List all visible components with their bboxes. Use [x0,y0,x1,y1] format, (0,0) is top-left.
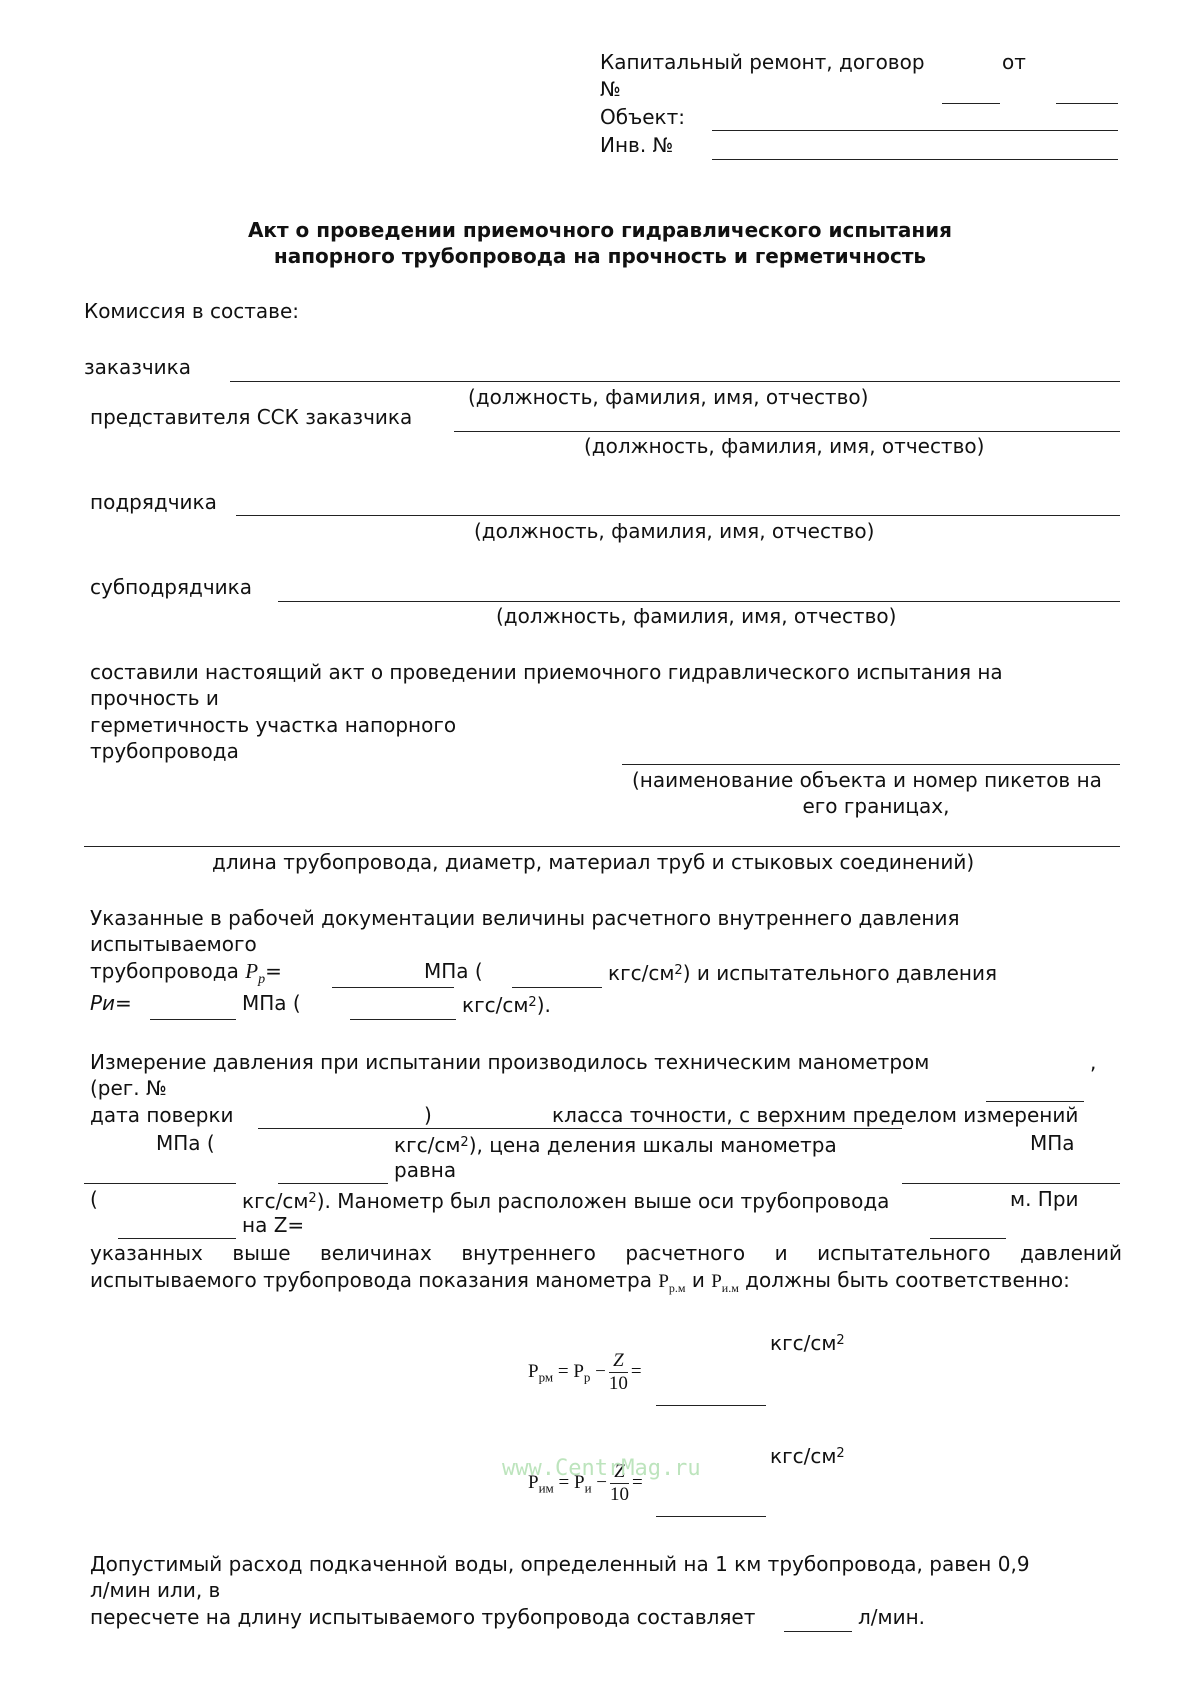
pipeline-details-hint: длина трубопровода, диаметр, материал тр… [212,849,974,875]
pipeline-label: трубопровода [90,959,239,983]
kgs-close-label: кгс/см2). [462,990,551,1018]
formula2-result-field[interactable] [656,1516,766,1517]
pressure-text-line3: трубопровода Pp= [90,958,282,993]
pressure-text-line2: испытываемого [90,931,257,957]
z-label: на Z= [242,1212,304,1238]
object-pickets-hint1: (наименование объекта и номер пикетов на [632,767,1102,793]
subcontractor-label: субподрядчика [90,574,252,600]
inv-number-label: Инв. № [600,132,673,158]
object-label: Объект: [600,104,685,130]
act-text-line1: составили настоящий акт о проведении при… [90,659,1003,685]
upper-limit-kgs-field[interactable] [278,1183,388,1184]
z-height-field[interactable] [930,1238,1006,1239]
document-title-line1: Акт о проведении приемочного гидравличес… [0,217,1200,243]
contract-number-field[interactable] [942,103,1000,104]
commission-intro: Комиссия в составе: [84,298,299,324]
accuracy-class-text: класса точности, с верхним пределом изме… [552,1102,1078,1128]
contract-number-label: № [600,76,621,102]
reg-number-label: (рег. № [90,1075,167,1101]
flow-text-line1: Допустимый расход подкаченной воды, опре… [90,1551,1030,1577]
division-value-field[interactable] [902,1183,1120,1184]
gauge-text-justified: указанных выше величинах внутреннего рас… [90,1240,1122,1266]
test-pressure-mpa-field[interactable] [150,1019,236,1020]
upper-limit-mpa-field[interactable] [84,1183,236,1184]
gauge-comma: , [1090,1049,1096,1075]
pim-symbol: Pи.м [711,1271,739,1292]
ssk-representative-hint: (должность, фамилия, имя, отчество) [584,433,984,459]
pipeline-details-field[interactable] [84,846,1120,847]
inv-number-field[interactable] [712,159,1118,160]
formula-gauge-design-pressure: Pрм = Pр −Z10= [528,1350,642,1395]
mpa-open-label-2: МПа ( [242,990,301,1016]
contractor-label: подрядчика [90,489,217,515]
test-pressure-kgs-field[interactable] [350,1019,456,1020]
pressure-text-line1: Указанные в рабочей документации величин… [90,905,960,931]
contractor-hint: (должность, фамилия, имя, отчество) [474,518,874,544]
ssk-representative-label: представителя ССК заказчика [90,404,412,430]
object-pickets-hint2: его границах, [632,793,1120,819]
document-title-line2: напорного трубопровода на прочность и ге… [0,243,1200,269]
flow-unit: л/мин. [858,1604,925,1630]
object-field[interactable] [712,130,1118,131]
act-text-line4: трубопровода [90,738,239,764]
flow-text-line2: л/мин или, в [90,1577,220,1603]
contract-date-field[interactable] [1056,103,1118,104]
mpa-open-label: МПа ( [424,958,483,984]
gauge-location-text: кгс/см2). Манометр был расположен выше о… [242,1186,889,1214]
upper-limit-mpa-label: МПа ( [156,1130,215,1156]
calibration-date-field[interactable] [258,1128,902,1129]
contractor-field[interactable] [236,515,1120,516]
flow-text-line3: пересчете на длину испытываемого трубопр… [90,1604,755,1630]
division-kgs-field[interactable] [118,1238,236,1239]
flow-value-field[interactable] [784,1631,852,1632]
formula1-result-field[interactable] [656,1405,766,1406]
gauge-text-line1: Измерение давления при испытании произво… [90,1049,929,1075]
subcontractor-hint: (должность, фамилия, имя, отчество) [496,603,896,629]
design-pressure-mpa-field[interactable] [332,987,454,988]
calibration-date-label: дата поверки [90,1102,234,1128]
division-text: кгс/см2), цена деления шкалы манометра [394,1130,837,1158]
formula2-unit: кгс/см2 [770,1441,845,1469]
equal-label: равна [394,1157,456,1183]
design-pressure-kgs-field[interactable] [512,987,602,988]
subcontractor-field[interactable] [278,601,1120,602]
customer-field[interactable] [230,381,1120,382]
contract-label: Капитальный ремонт, договор [600,49,925,75]
open-paren: ( [90,1186,98,1212]
ssk-representative-field[interactable] [454,431,1120,432]
meters-label: м. При [1010,1186,1079,1212]
contract-date-label: от [1002,49,1026,75]
prm-symbol: Pр.м [658,1271,685,1292]
object-pickets-field[interactable] [622,764,1120,765]
design-pressure-symbol: Pp [245,959,265,983]
act-text-line3: герметичность участка напорного [90,712,456,738]
test-pressure-text: кгс/см2) и испытательного давления [608,958,997,986]
formula1-unit: кгс/см2 [770,1328,845,1356]
customer-hint: (должность, фамилия, имя, отчество) [468,384,868,410]
watermark: www.CentrMag.ru [502,1456,701,1481]
close-paren: ) [424,1102,432,1128]
customer-label: заказчика [84,354,191,380]
test-pressure-label: Ри= [90,990,132,1016]
division-mpa-label: МПа [1030,1130,1075,1156]
gauge-reading-text: испытываемого трубопровода показания ман… [90,1267,1070,1301]
act-text-line2: прочность и [90,685,219,711]
